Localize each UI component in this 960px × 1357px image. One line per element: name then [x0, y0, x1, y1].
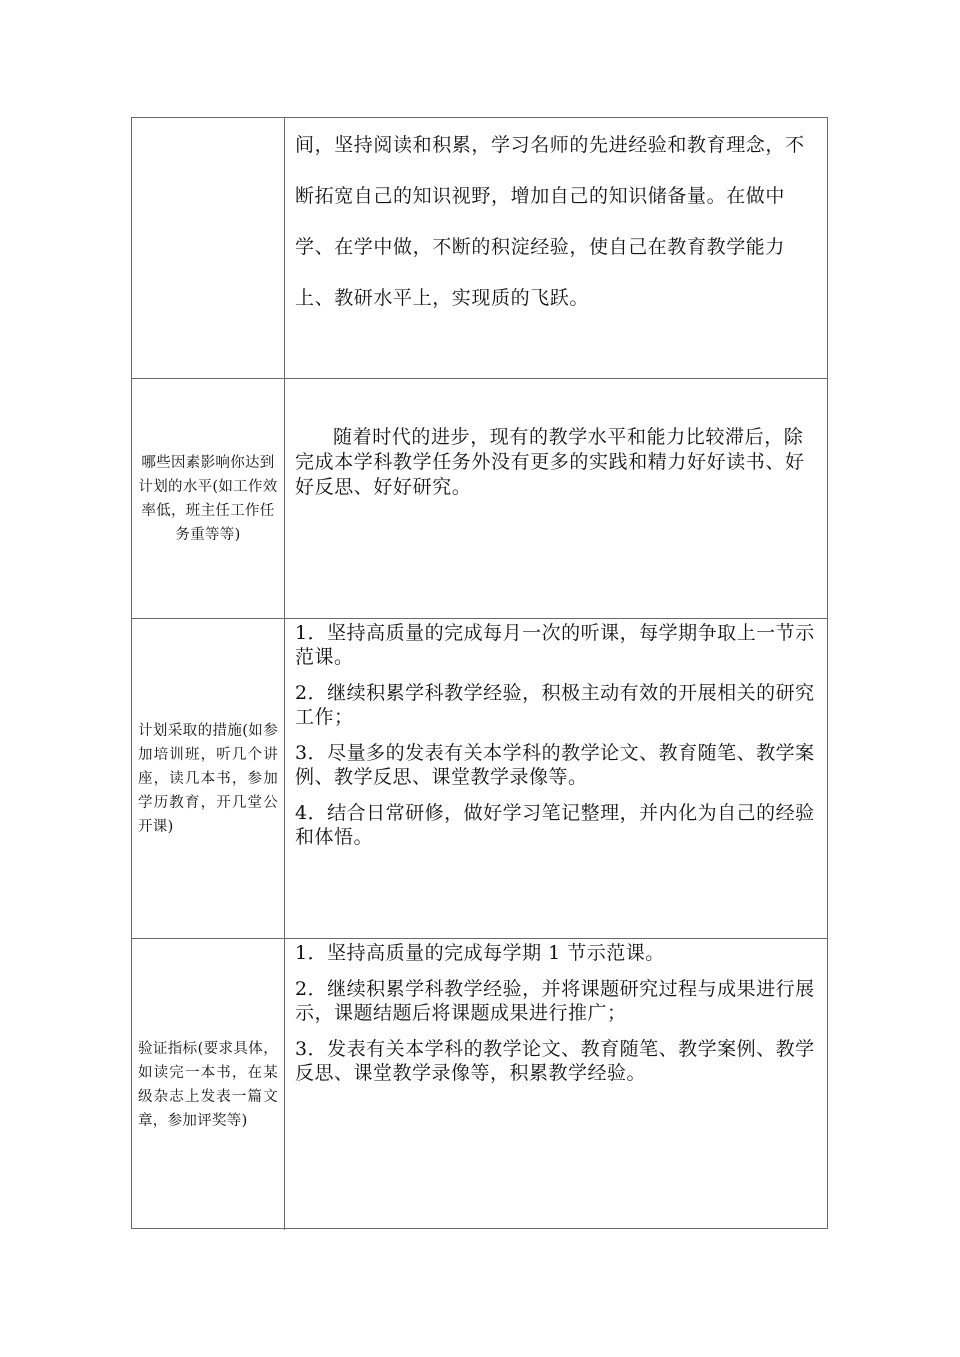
plan-table: 间，坚持阅读和积累，学习名师的先进经验和教育理念，不断拓宽自己的知识视野，增加自… [131, 117, 828, 1229]
table-row-continuation: 间，坚持阅读和积累，学习名师的先进经验和教育理念，不断拓宽自己的知识视野，增加自… [132, 118, 827, 379]
list-item: 2．继续积累学科教学经验，并将课题研究过程与成果进行展示，课题结题后将课题成果进… [295, 977, 819, 1025]
list-item: 3．尽量多的发表有关本学科的教学论文、教育随笔、教学案例、教学反思、课堂教学录像… [295, 741, 819, 789]
table-row-verification-indicators: 验证指标(要求具体，如读完一本书，在某级杂志上发表一篇文章，参加评奖等) 1．坚… [132, 939, 827, 1230]
list-item: 1．坚持高质量的完成每月一次的听课，每学期争取上一节示范课。 [295, 621, 819, 669]
row-label: 验证指标(要求具体，如读完一本书，在某级杂志上发表一篇文章，参加评奖等) [138, 1037, 278, 1133]
row-label-cell: 计划采取的措施(如参加培训班，听几个讲座，读几本书，参加学历教育，开几堂公开课) [132, 619, 285, 938]
row-content-cell: 1．坚持高质量的完成每学期 1 节示范课。 2．继续积累学科教学经验，并将课题研… [285, 939, 827, 1230]
table-row-planned-measures: 计划采取的措施(如参加培训班，听几个讲座，读几本书，参加学历教育，开几堂公开课)… [132, 619, 827, 939]
list-item: 4．结合日常研修，做好学习笔记整理，并内化为自己的经验和体悟。 [295, 801, 819, 849]
row-content-cell: 1．坚持高质量的完成每月一次的听课，每学期争取上一节示范课。 2．继续积累学科教… [285, 619, 827, 938]
row-label-cell [132, 118, 285, 378]
row-label: 计划采取的措施(如参加培训班，听几个讲座，读几本书，参加学历教育，开几堂公开课) [138, 719, 278, 839]
content-paragraph: 间，坚持阅读和积累，学习名师的先进经验和教育理念，不断拓宽自己的知识视野，增加自… [295, 118, 819, 324]
list-item: 3．发表有关本学科的教学论文、教育随笔、教学案例、教学反思、课堂教学录像等，积累… [295, 1037, 819, 1085]
row-label: 哪些因素影响你达到计划的水平(如工作效率低，班主任工作任务重等等) [138, 451, 278, 547]
row-content-cell: 随着时代的进步，现有的教学水平和能力比较滞后，除完成本学科教学任务外没有更多的实… [285, 379, 827, 618]
list-item: 1．坚持高质量的完成每学期 1 节示范课。 [295, 941, 819, 965]
row-label-cell: 哪些因素影响你达到计划的水平(如工作效率低，班主任工作任务重等等) [132, 379, 285, 618]
row-content-cell: 间，坚持阅读和积累，学习名师的先进经验和教育理念，不断拓宽自己的知识视野，增加自… [285, 118, 827, 378]
row-label-cell: 验证指标(要求具体，如读完一本书，在某级杂志上发表一篇文章，参加评奖等) [132, 939, 285, 1230]
content-paragraph: 随着时代的进步，现有的教学水平和能力比较滞后，除完成本学科教学任务外没有更多的实… [295, 379, 819, 500]
list-item: 2．继续积累学科教学经验，积极主动有效的开展相关的研究工作； [295, 681, 819, 729]
table-row-influencing-factors: 哪些因素影响你达到计划的水平(如工作效率低，班主任工作任务重等等) 随着时代的进… [132, 379, 827, 619]
